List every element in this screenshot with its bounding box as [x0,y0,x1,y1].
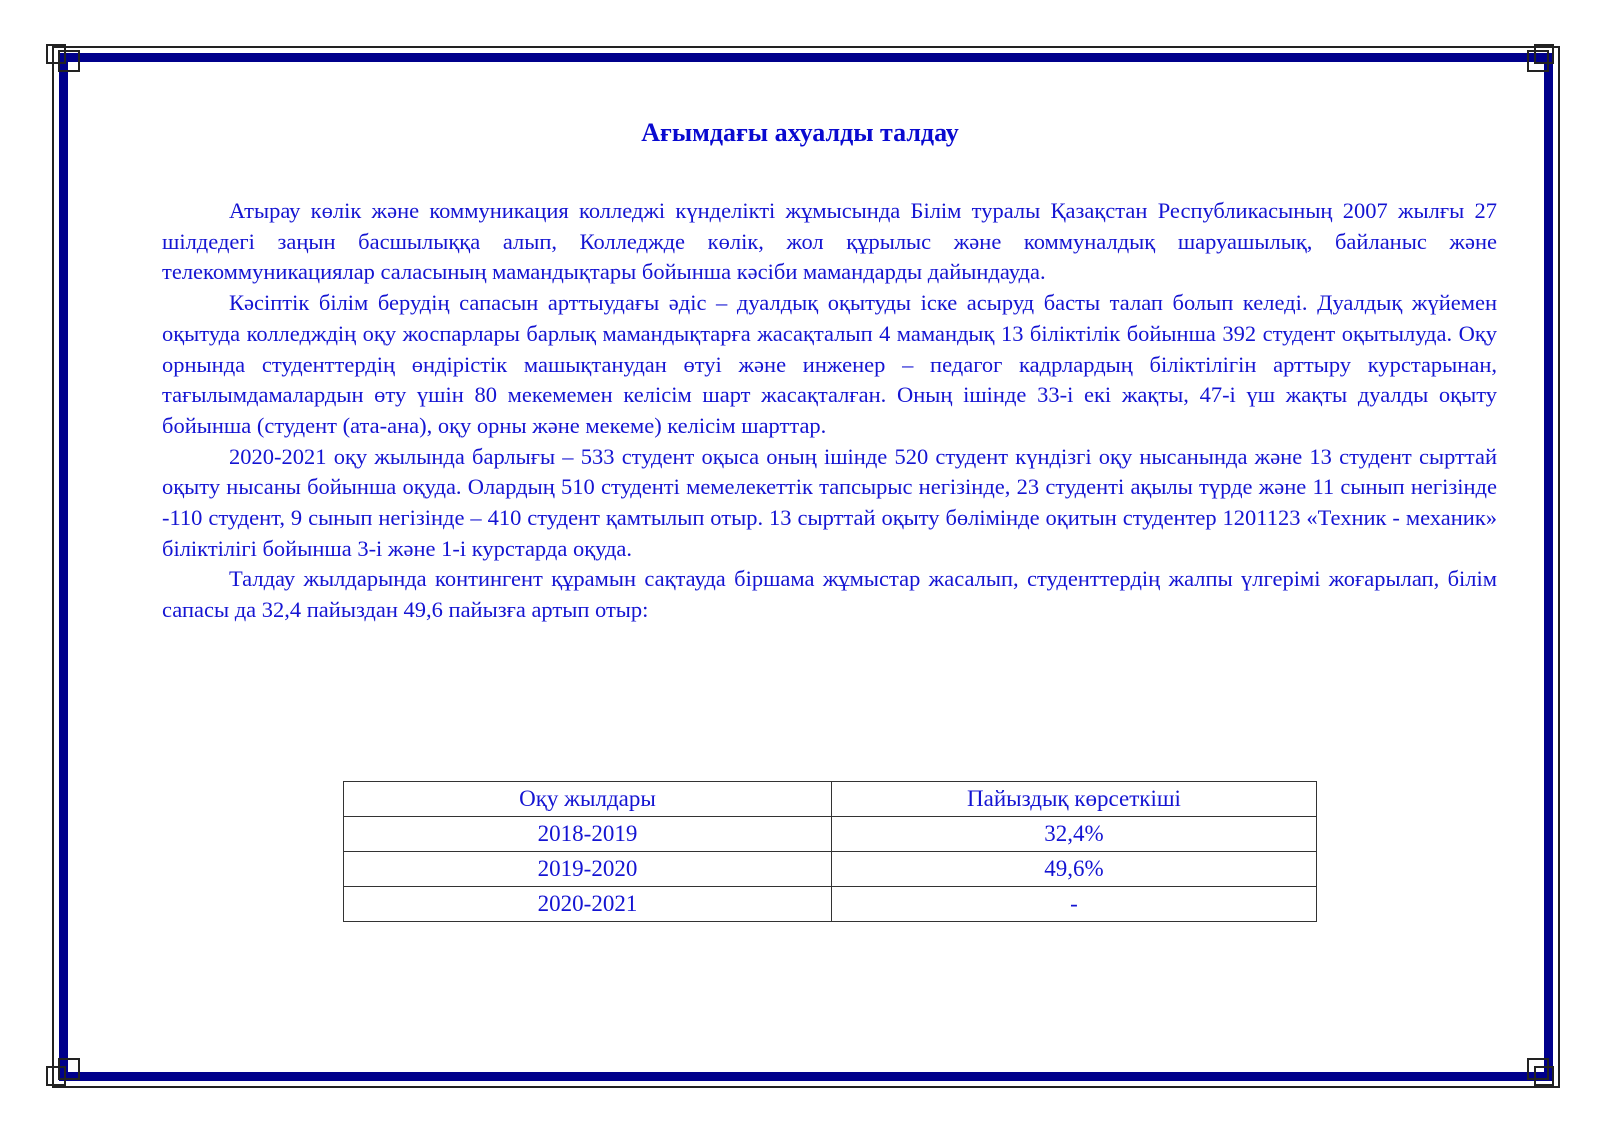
corner-ornament-top-left-inner [58,50,80,72]
cell-percentage: 32,4% [832,817,1317,852]
table-row: 2019-2020 49,6% [344,852,1317,887]
paragraph: Кәсіптік білім берудің сапасын арттыудағ… [162,288,1497,442]
cell-year: 2018-2019 [344,817,832,852]
table-header-row: Оқу жылдары Пайыздық көрсеткіші [344,782,1317,817]
table-row: 2020-2021 - [344,887,1317,922]
corner-ornament-top-right-inner [1527,50,1549,72]
paragraph: Атырау көлік және коммуникация колледжі … [162,196,1497,288]
cell-percentage: 49,6% [832,852,1317,887]
cell-year: 2019-2020 [344,852,832,887]
corner-ornament-bottom-left-inner [58,1058,80,1080]
paragraph: Талдау жылдарында контингент құрамын сақ… [162,564,1497,625]
column-header-years: Оқу жылдары [344,782,832,817]
quality-percentage-table: Оқу жылдары Пайыздық көрсеткіші 2018-201… [343,781,1317,922]
paragraph: 2020-2021 оқу жылында барлығы – 533 студ… [162,442,1497,565]
page-title: Ағымдағы ахуалды талдау [0,118,1600,148]
corner-ornament-bottom-right-inner [1527,1058,1549,1080]
cell-year: 2020-2021 [344,887,832,922]
column-header-percentage: Пайыздық көрсеткіші [832,782,1317,817]
table-row: 2018-2019 32,4% [344,817,1317,852]
cell-percentage: - [832,887,1317,922]
body-text: Атырау көлік және коммуникация колледжі … [162,196,1497,626]
